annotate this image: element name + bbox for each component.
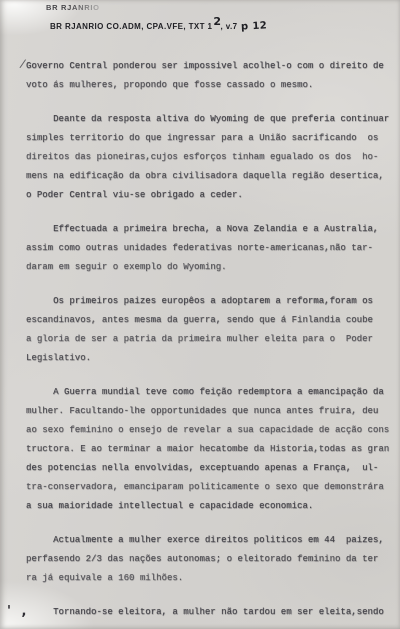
paragraph: Effectuada a primeira brecha, a Nova Zel…	[26, 220, 394, 277]
text-line: perfasendo 2/3 das nações autonomas; o e…	[26, 550, 394, 569]
text-line: direitos das pioneiras,cujos esforços ti…	[26, 148, 394, 167]
text-line: des potencias nella envolvidas, exceptua…	[26, 459, 394, 478]
text-line: tra-conservadora, emanciparam politicame…	[26, 478, 394, 497]
text-line: A Guerra mundial teve como feição redemp…	[26, 383, 394, 402]
archive-code-volume: , v.7	[220, 22, 237, 31]
paragraph: Deante da resposta altiva do Wyoming de …	[26, 110, 394, 205]
text-line: mulher. Facultando-lhe opportunidades qu…	[26, 402, 394, 421]
archive-stamp-faded: BR RJANRIO	[46, 3, 100, 12]
paragraph: Tornando-se eleitora, a mulher não tardo…	[26, 603, 394, 622]
archive-stamp: BR RJANRIO CO.ADM, CPA.VFE, TXT 12, v.7p…	[50, 19, 268, 32]
text-line: escandinavos, antes mesma da guerra, sen…	[26, 311, 394, 330]
text-block: Governo Central ponderou ser impossivel …	[26, 57, 394, 629]
text-line: mens na edificação da obra civilisadora …	[26, 167, 394, 186]
text-line: o Poder Central viu-se obrigado a ceder.	[26, 186, 394, 205]
text-line: Os primeiros paizes europêos a adoptarem…	[26, 292, 394, 311]
paragraph: Actualmente a mulher exerce direitos pol…	[26, 531, 394, 588]
text-line: Tornando-se eleitora, a mulher não tardo…	[26, 603, 394, 622]
scanned-document-page: BR RJANRIO BR RJANRIO CO.ADM, CPA.VFE, T…	[0, 0, 400, 629]
ink-mark: ' ,	[7, 604, 29, 619]
archive-code-superscript: 2	[213, 15, 221, 28]
text-line: assim como outras unidades federativas n…	[26, 239, 394, 258]
archive-code-page-handwritten: p 12	[241, 20, 268, 32]
text-line: Actualmente a mulher exerce direitos pol…	[26, 531, 394, 550]
text-line: a sua maioridade intellectual e capacida…	[26, 497, 394, 516]
archive-code-main: BR RJANRIO CO.ADM, CPA.VFE, TXT 1	[50, 22, 212, 31]
paragraph: A Guerra mundial teve como feição redemp…	[26, 383, 394, 516]
paragraph: Governo Central ponderou ser impossivel …	[26, 57, 394, 95]
text-line: Legislativo.	[26, 349, 394, 368]
text-line: ao sexo feminino o ensejo de revelar a s…	[26, 421, 394, 440]
text-line: ra já equivale a 160 milhões.	[26, 569, 394, 588]
text-line: voto ás mulheres, propondo que fosse cas…	[26, 76, 394, 95]
paragraph: Os primeiros paizes europêos a adoptarem…	[26, 292, 394, 368]
text-line: tructora. E ao terminar a maior hecatomb…	[26, 440, 394, 459]
text-line: Deante da resposta altiva do Wyoming de …	[26, 110, 394, 129]
text-line: simples territorio do que ingressar para…	[26, 129, 394, 148]
text-line: Governo Central ponderou ser impossivel …	[26, 57, 394, 76]
text-line: daram em seguir o exemplo do Wyoming.	[26, 258, 394, 277]
text-line: Effectuada a primeira brecha, a Nova Zel…	[26, 220, 394, 239]
text-line: a gloria de ser a patria da primeira mul…	[26, 330, 394, 349]
